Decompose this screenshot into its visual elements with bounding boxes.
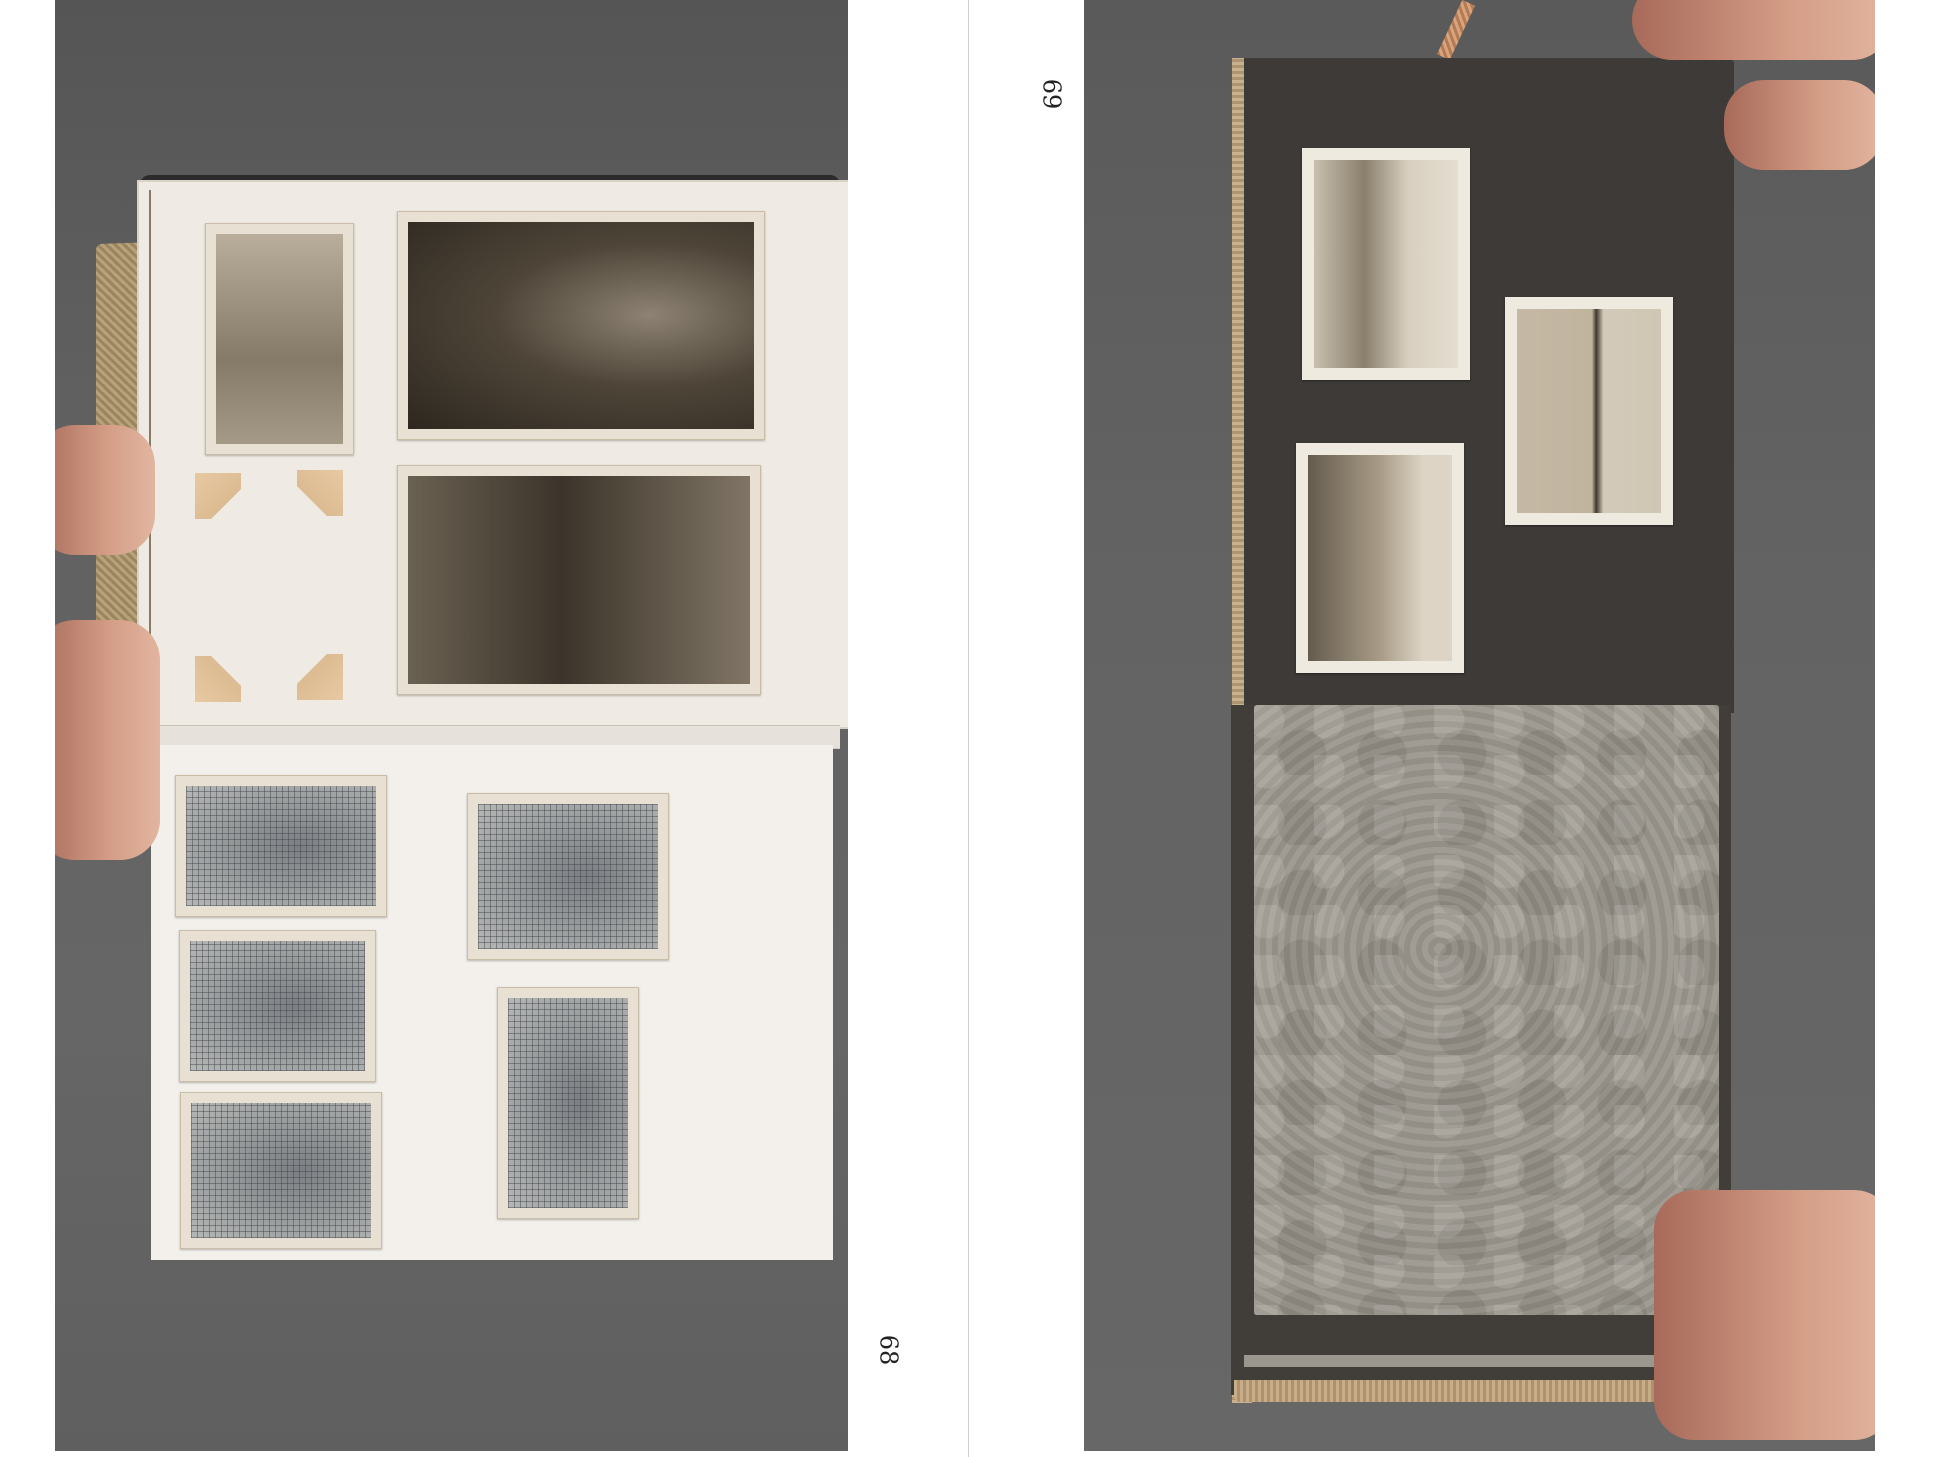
hand — [1724, 80, 1875, 170]
book-spread: 68 69 — [0, 0, 1937, 1457]
tissue-covered-photo — [497, 987, 639, 1219]
tissue-covered-photo — [179, 930, 376, 1082]
tissue-interleaf — [1254, 705, 1719, 1315]
left-album-photograph — [55, 0, 848, 1451]
open-field-photo — [1505, 297, 1673, 525]
album-cover-edge — [1234, 1380, 1724, 1402]
hand — [55, 425, 155, 555]
soldier-portrait-photo — [397, 211, 765, 440]
tissue-covered-photo — [180, 1092, 382, 1249]
page-number-left: 68 — [876, 1335, 900, 1366]
hand — [1654, 1190, 1875, 1440]
page-number-right: 69 — [1039, 79, 1063, 110]
village-house-photo — [1302, 148, 1470, 380]
album-binding-string — [1437, 0, 1475, 60]
two-soldiers-photo — [397, 465, 761, 695]
tissue-covered-photo — [175, 775, 387, 917]
right-album-photograph — [1084, 0, 1875, 1451]
winter-street-photo — [1296, 443, 1464, 673]
tissue-covered-photo — [467, 793, 669, 960]
tissue-edge — [1244, 1355, 1714, 1367]
horse-and-rider-photo — [205, 223, 354, 455]
hand — [1632, 0, 1875, 60]
gutter-divider — [968, 0, 969, 1457]
hand — [55, 620, 160, 860]
